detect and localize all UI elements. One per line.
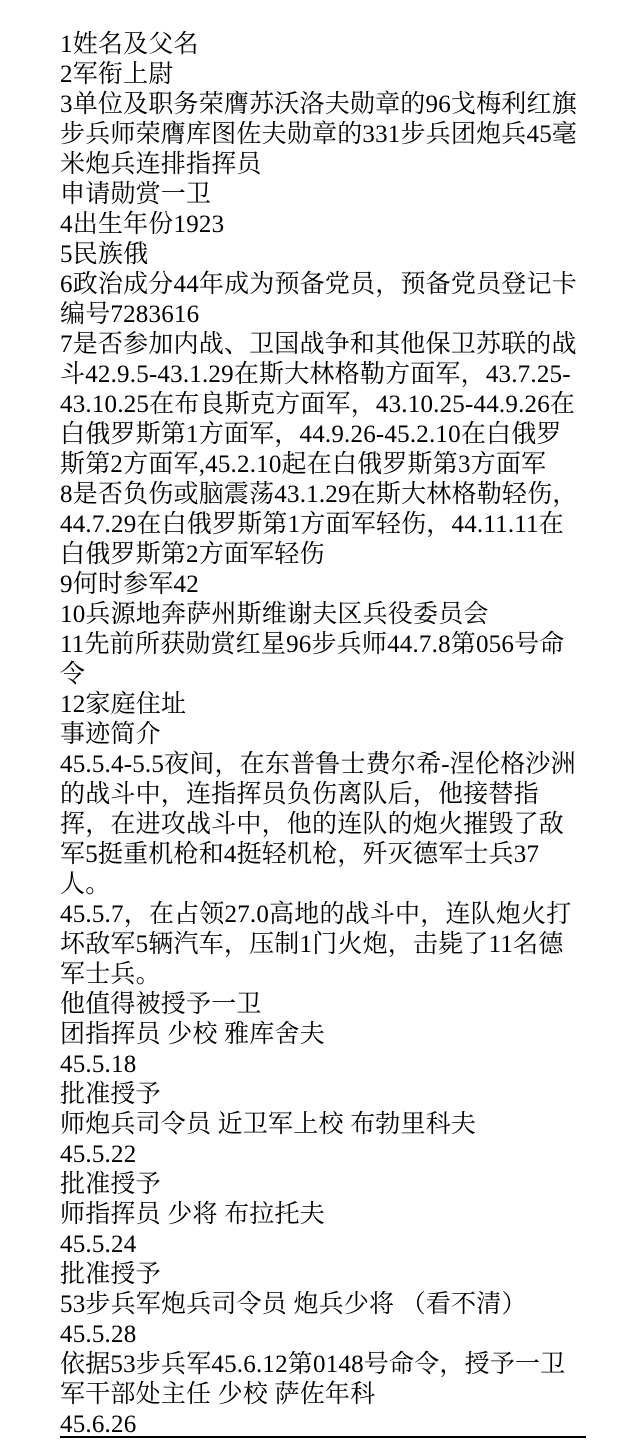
text-line: 10兵源地奔萨州斯维谢夫区兵役委员会 <box>60 600 585 630</box>
text-line: 45.5.4-5.5夜间，在东普鲁士费尔希-涅伦格沙洲 <box>60 750 585 780</box>
text-line: 44.7.29在白俄罗斯第1方面军轻伤，44.11.11在 <box>60 510 585 540</box>
bottom-divider <box>60 1436 586 1438</box>
text-line: 45.5.28 <box>60 1320 585 1350</box>
text-line: 军干部处主任 少校 萨佐年科 <box>60 1380 585 1410</box>
text-line: 军士兵。 <box>60 960 585 990</box>
text-line: 军5挺重机枪和4挺轻机枪，歼灭德军士兵37 <box>60 840 585 870</box>
text-line: 45.5.24 <box>60 1230 585 1260</box>
text-line: 45.5.7，在占领27.0高地的战斗中，连队炮火打 <box>60 900 585 930</box>
text-line: 3单位及职务荣膺苏沃洛夫勋章的96戈梅利红旗 <box>60 90 585 120</box>
text-line: 2军衔上尉 <box>60 60 585 90</box>
text-line: 师炮兵司令员 近卫军上校 布勃里科夫 <box>60 1110 585 1140</box>
text-line: 批准授予 <box>60 1170 585 1200</box>
text-line: 申请勋赏一卫 <box>60 180 585 210</box>
award-citation-text: 1姓名及父名2军衔上尉3单位及职务荣膺苏沃洛夫勋章的96戈梅利红旗步兵师荣膺库图… <box>60 30 585 1440</box>
text-line: 4出生年份1923 <box>60 210 585 240</box>
text-line: 的战斗中，连指挥员负伤离队后，他接替指 <box>60 780 585 810</box>
text-line: 9何时参军42 <box>60 570 585 600</box>
text-line: 令 <box>60 660 585 690</box>
text-line: 坏敌军5辆汽车，压制1门火炮，击毙了11名德 <box>60 930 585 960</box>
text-line: 43.10.25在布良斯克方面军，43.10.25-44.9.26在 <box>60 390 585 420</box>
text-line: 12家庭住址 <box>60 690 585 720</box>
text-line: 人。 <box>60 870 585 900</box>
text-line: 事迹简介 <box>60 720 585 750</box>
text-line: 8是否负伤或脑震荡43.1.29在斯大林格勒轻伤， <box>60 480 585 510</box>
text-line: 批准授予 <box>60 1080 585 1110</box>
text-line: 他值得被授予一卫 <box>60 990 585 1020</box>
text-line: 7是否参加内战、卫国战争和其他保卫苏联的战 <box>60 330 585 360</box>
text-line: 团指挥员 少校 雅库舍夫 <box>60 1020 585 1050</box>
text-line: 45.5.18 <box>60 1050 585 1080</box>
text-line: 斗42.9.5-43.1.29在斯大林格勒方面军，43.7.25- <box>60 360 585 390</box>
text-line: 11先前所获勋赏红星96步兵师44.7.8第056号命 <box>60 630 585 660</box>
text-line: 师指挥员 少将 布拉托夫 <box>60 1200 585 1230</box>
text-line: 步兵师荣膺库图佐夫勋章的331步兵团炮兵45毫 <box>60 120 585 150</box>
text-line: 1姓名及父名 <box>60 30 585 60</box>
text-line: 6政治成分44年成为预备党员，预备党员登记卡 <box>60 270 585 300</box>
text-line: 白俄罗斯第2方面军轻伤 <box>60 540 585 570</box>
text-line: 53步兵军炮兵司令员 炮兵少将 （看不清） <box>60 1290 585 1320</box>
text-line: 批准授予 <box>60 1260 585 1290</box>
text-line: 依据53步兵军45.6.12第0148号命令，授予一卫 <box>60 1350 585 1380</box>
text-line: 45.5.22 <box>60 1140 585 1170</box>
text-line: 5民族俄 <box>60 240 585 270</box>
text-line: 编号7283616 <box>60 300 585 330</box>
text-line: 白俄罗斯第1方面军，44.9.26-45.2.10在白俄罗 <box>60 420 585 450</box>
text-line: 米炮兵连排指挥员 <box>60 150 585 180</box>
text-line: 挥，在进攻战斗中，他的连队的炮火摧毁了敌 <box>60 810 585 840</box>
text-line: 斯第2方面军,45.2.10起在白俄罗斯第3方面军 <box>60 450 585 480</box>
